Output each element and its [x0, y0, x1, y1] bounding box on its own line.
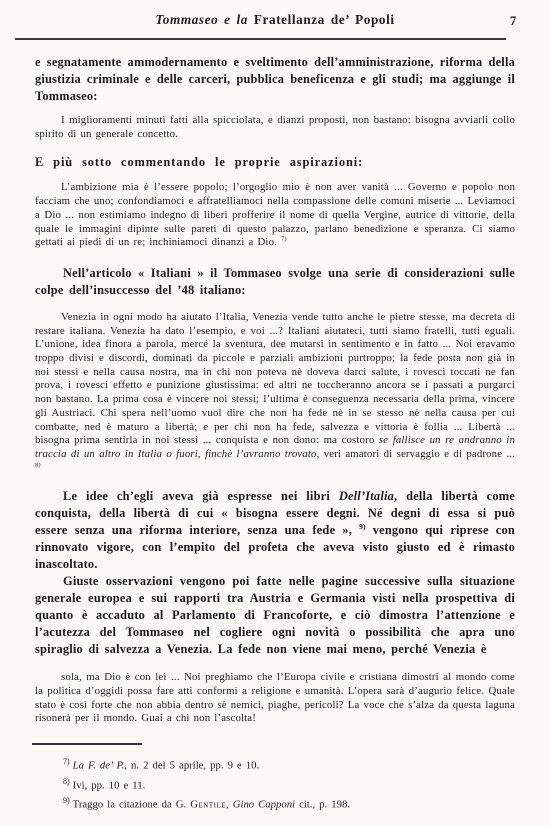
paragraph: Giuste osservazioni vengono poi fatte ne… — [35, 573, 515, 658]
footnote-marker: 8) — [63, 777, 70, 786]
page-number: 7 — [510, 13, 517, 29]
text-run: cit., p. 198. — [295, 799, 350, 811]
text-run: Ivi, pp. 10 e 11. — [73, 779, 146, 791]
text-run: Tommaseo e la — [155, 12, 254, 27]
footnote-separator — [32, 743, 142, 745]
page-content: e segnatamente ammodernamento e sveltime… — [35, 54, 515, 726]
text-run: e segnatamente ammodernamento e sveltime… — [35, 55, 515, 103]
block-quote: sola, ma Dio è con lei ... Noi preghiamo… — [35, 671, 515, 726]
text-run: Giuste osservazioni vengono poi fatte ne… — [35, 574, 515, 656]
running-head: Tommaseo e la Fratellanza de’ Popoli 7 — [35, 12, 515, 39]
footnote-text: Traggo la citazione da G. Gentile, Gino … — [73, 799, 350, 811]
footnote: 9)Traggo la citazione da G. Gentile, Gin… — [35, 793, 515, 813]
footnote-ref: 7) — [281, 236, 287, 243]
header-rule — [15, 38, 506, 40]
block-quote: L’ambizione mia è l’essere popolo; l’org… — [35, 181, 515, 250]
text-run: , — [226, 799, 233, 811]
footnote-marker: 7) — [63, 757, 70, 766]
text-run: I miglioramenti minuti fatti alla spicci… — [35, 114, 515, 140]
book-page: Tommaseo e la Fratellanza de’ Popoli 7 e… — [0, 0, 550, 826]
running-head-title: Tommaseo e la Fratellanza de’ Popoli — [155, 12, 394, 27]
text-run: L’ambizione mia è l’essere popolo; l’org… — [35, 181, 515, 248]
footnote: 8)Ivi, pp. 10 e 11. — [35, 774, 515, 794]
text-run: Dell’Italia — [339, 489, 394, 503]
block-quote: Venezia in ogni modo ha aiutato l’Italia… — [35, 311, 515, 475]
text-run: Venezia in ogni modo ha aiutato l’Italia… — [35, 311, 515, 446]
text-run: , n. 2 del 5 aprile, pp. 9 e 10. — [124, 760, 259, 772]
footnote-text: Ivi, pp. 10 e 11. — [73, 779, 146, 791]
footnotes-section: 7)La F. de’ P., n. 2 del 5 aprile, pp. 9… — [35, 743, 515, 813]
block-quote: I miglioramenti minuti fatti alla spicci… — [35, 114, 515, 141]
paragraph: e segnatamente ammodernamento e sveltime… — [35, 54, 515, 105]
paragraph: Nell’articolo « Italiani » il Tommaseo s… — [35, 265, 515, 299]
footnote: 7)La F. de’ P., n. 2 del 5 aprile, pp. 9… — [35, 754, 515, 774]
footnote-ref: 8) — [35, 461, 41, 468]
paragraph: Le idee ch’egli aveva già espresse nei l… — [35, 488, 515, 573]
text-run: Gentile — [190, 799, 226, 811]
text-run: veri amatori di servaggio e di padrone .… — [319, 448, 515, 460]
text-run: Traggo la citazione da G. — [73, 799, 191, 811]
text-run: Fratellanza de’ Popoli — [254, 12, 395, 27]
text-run: sola, ma Dio è con lei ... Noi preghiamo… — [35, 671, 515, 724]
footnote-text: La F. de’ P., n. 2 del 5 aprile, pp. 9 e… — [73, 760, 260, 772]
text-run: E più sotto commentando le proprie aspir… — [35, 155, 363, 169]
footnote-marker: 9) — [63, 796, 70, 805]
text-run: Nell’articolo « Italiani » il Tommaseo s… — [35, 266, 515, 297]
paragraph: E più sotto commentando le proprie aspir… — [35, 154, 515, 171]
text-run: Le idee ch’egli aveva già espresse nei l… — [63, 489, 339, 503]
text-run: La F. de’ P. — [73, 760, 125, 772]
text-run: Gino Capponi — [233, 799, 295, 811]
